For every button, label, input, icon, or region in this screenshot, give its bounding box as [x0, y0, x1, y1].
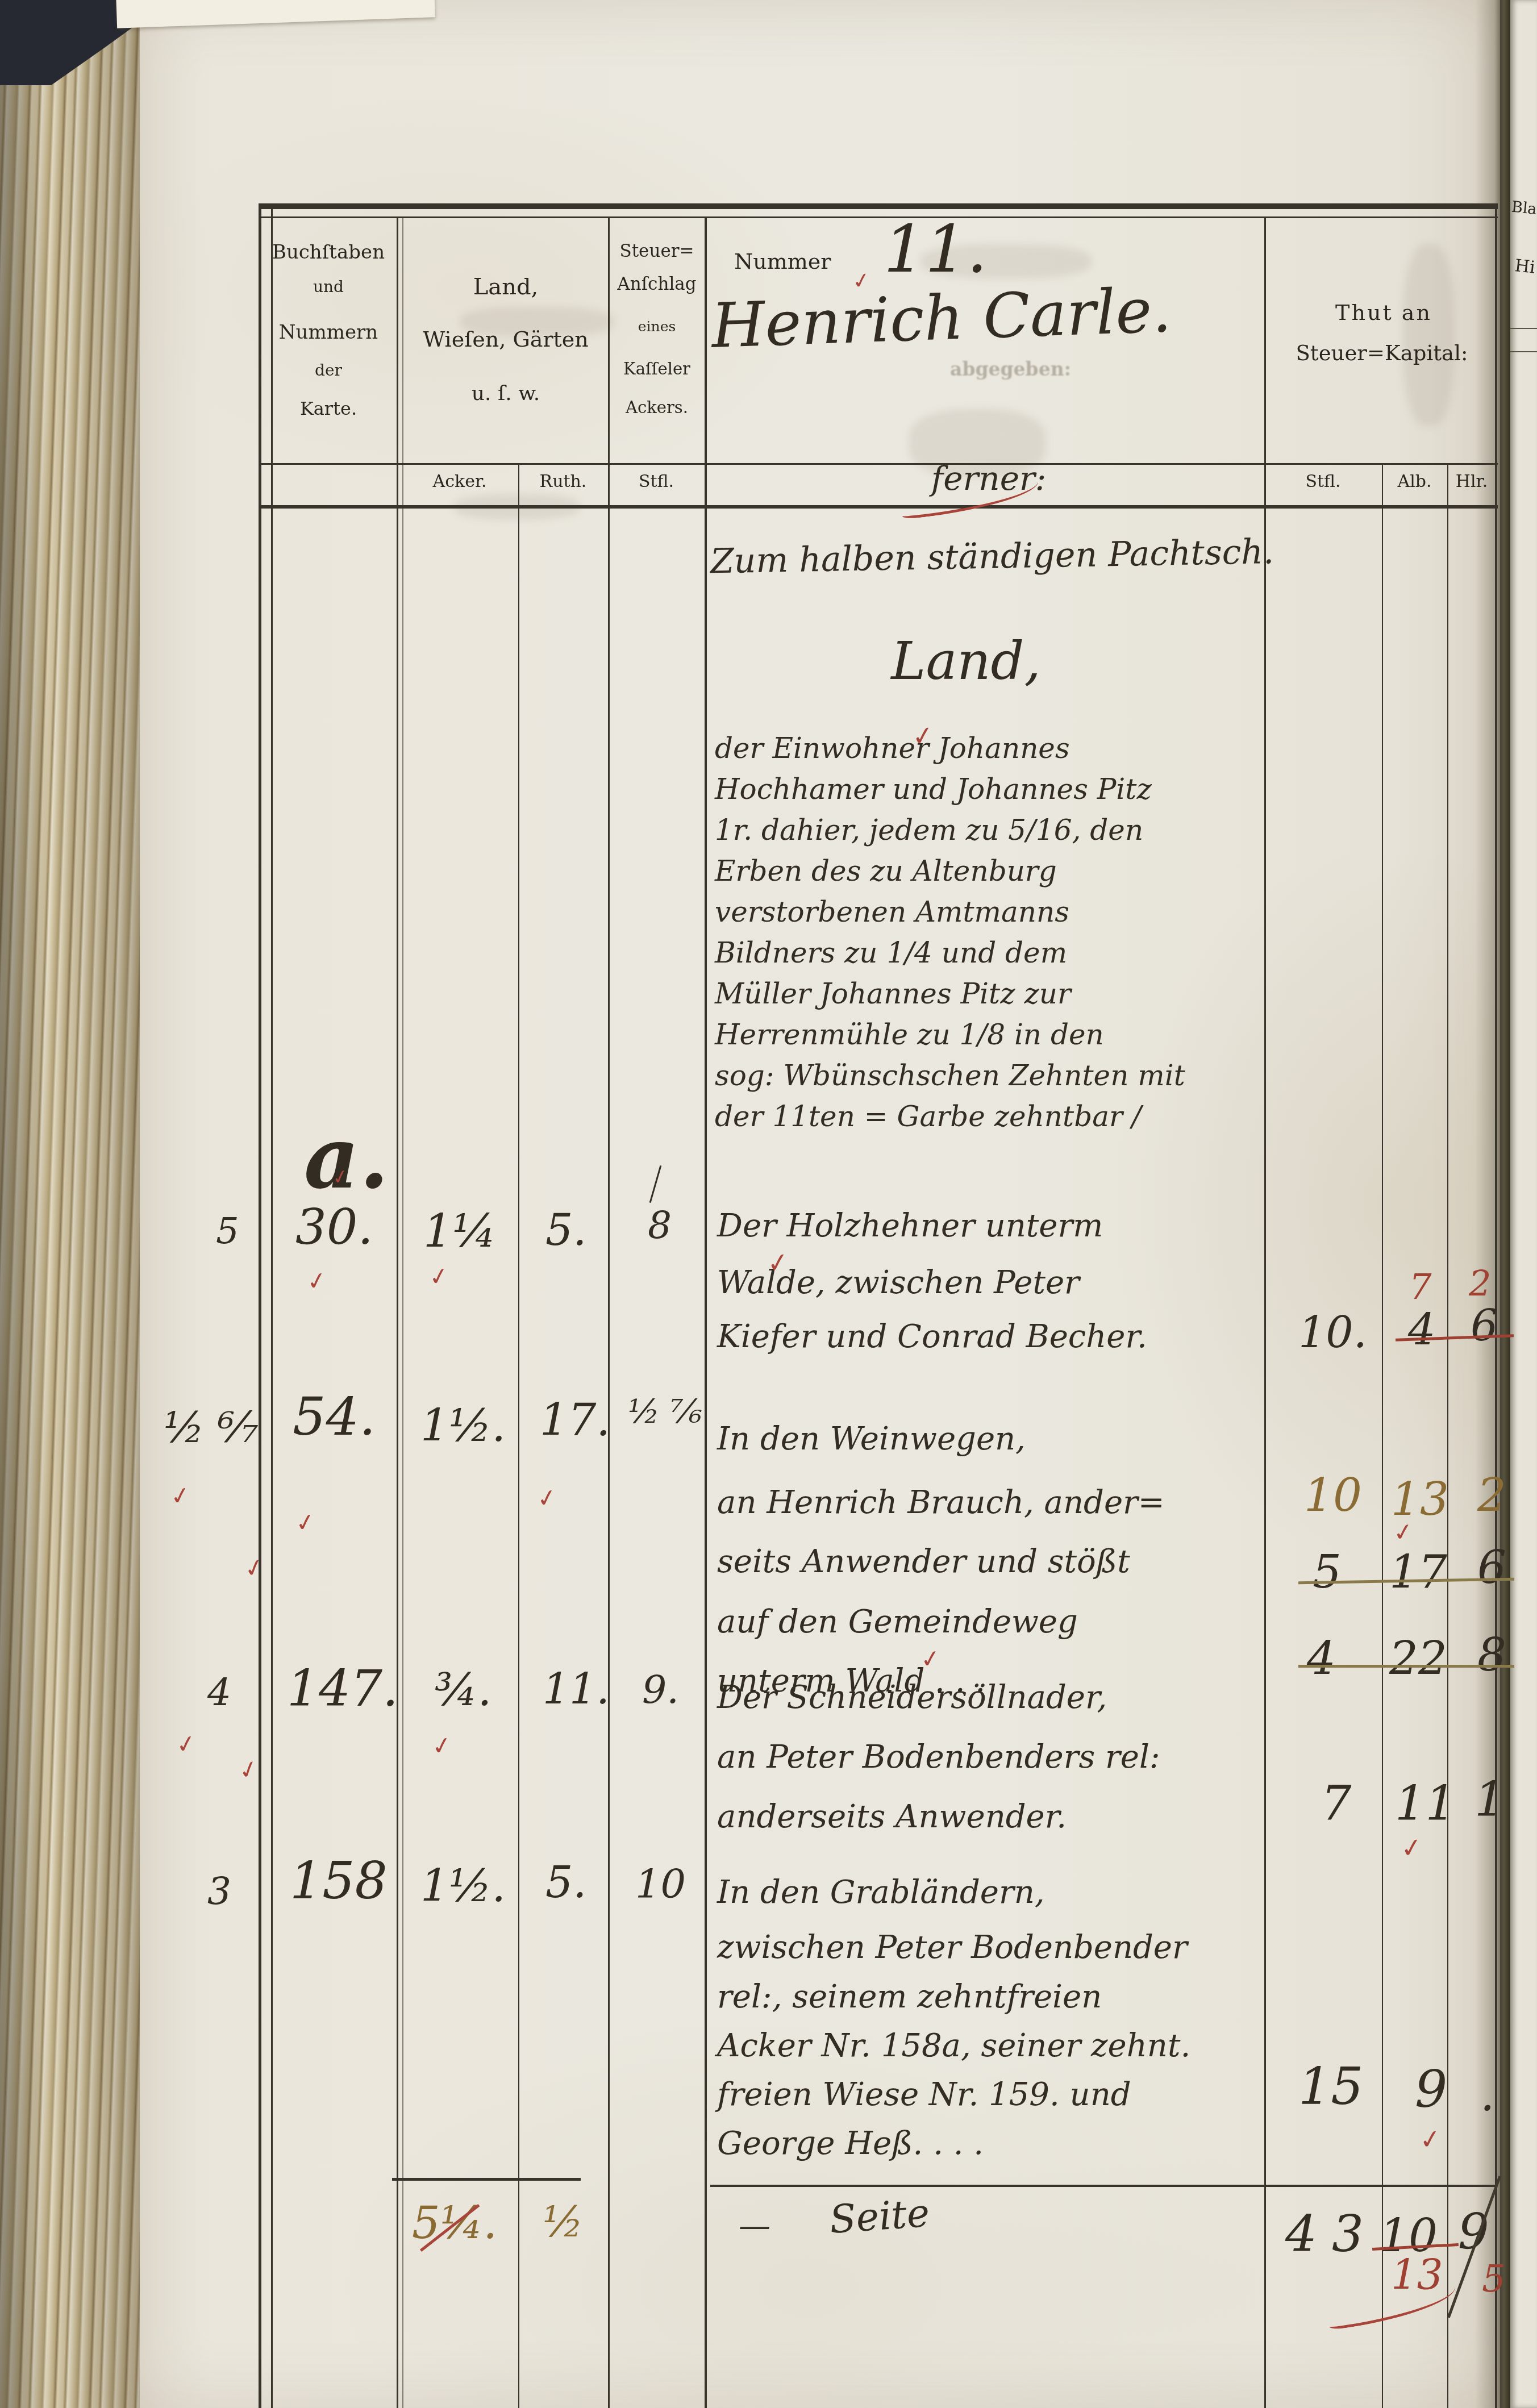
- intro-paragraph-line: Hochhamer und Johannes Pitz: [715, 773, 1152, 806]
- row-description-line: an Peter Bodenbenders rel:: [717, 1739, 1160, 1776]
- subheader-ruth: Ruth.: [518, 472, 608, 491]
- totals-label: Seite: [828, 2191, 931, 2243]
- red-check-icon: ✓: [1392, 1517, 1415, 1547]
- entry-number: 11.: [884, 211, 988, 288]
- row-ruth-value: 5.: [545, 1857, 587, 1907]
- row-hlr-value: 6: [1471, 1300, 1498, 1351]
- row-acker-value: 1½.: [420, 1861, 506, 1912]
- row-description-line: Kiefer und Conrad Becher.: [717, 1318, 1147, 1355]
- red-check-icon: ✓: [910, 719, 936, 753]
- subheader-bottom-rule: [259, 505, 1498, 509]
- row-description-line: anderseits Anwender.: [717, 1798, 1067, 1835]
- row-hlr-value: 1: [1474, 1772, 1505, 1827]
- row-ruth-value: 17.: [540, 1395, 610, 1446]
- row-description-line: Acker Nr. 158a, seiner zehnt.: [717, 2027, 1190, 2064]
- row-ruth-value: 5.: [545, 1205, 587, 1255]
- red-check-icon: ✓: [765, 1246, 791, 1280]
- intro-paragraph-line: Bildners zu 1/4 und dem: [715, 936, 1067, 969]
- row-ruth-value: 11.: [543, 1665, 610, 1714]
- table-left-border-outer: [259, 203, 261, 2408]
- row-description-line: In den Grabländern,: [717, 1874, 1045, 1911]
- sum-stfl-struck: 4: [1307, 1632, 1336, 1685]
- row-description-line: George Heß. . . .: [717, 2125, 984, 2162]
- row-alb-value: 9: [1415, 2060, 1447, 2119]
- subheader-acker: Acker.: [401, 472, 518, 491]
- row-description-line: Der Schneidersöllnader,: [717, 1679, 1107, 1716]
- intro-paragraph-line: der Einwohner Johannes: [715, 732, 1070, 765]
- total-ruth: ½: [543, 2198, 584, 2247]
- header-anschlag-line4: Kaſſeler: [609, 359, 705, 378]
- header-land-line1: Land,: [403, 274, 608, 300]
- row-letter: a.: [304, 1108, 389, 1208]
- intro-paragraph-line: sog: Wbünschschen Zehnten mit: [715, 1059, 1185, 1092]
- row-alb-value: 4: [1408, 1304, 1435, 1355]
- header-steuer-kapital: Steuer=Kapital:: [1268, 341, 1496, 365]
- header-anschlag-line5: Ackers.: [609, 398, 705, 417]
- row-margin-number: 3: [207, 1869, 231, 1913]
- column-divider-acker-ruth: [518, 463, 519, 2408]
- total-hlr-new: 5: [1482, 2257, 1506, 2301]
- sum-stfl-struck: 5: [1313, 1545, 1342, 1598]
- header-anschlag-line1: Steuer=: [609, 241, 705, 261]
- table-top-border-thin: [259, 216, 1498, 218]
- row-alb-correction: 7: [1409, 1266, 1431, 1307]
- header-anschlag-line3: eines: [609, 318, 705, 335]
- row-hlr-value: .: [1480, 2068, 1494, 2121]
- row-anschlag-value: 8: [648, 1203, 672, 1247]
- header-karte-line3: Nummern: [260, 321, 397, 344]
- header-land-line3: u. ſ. w.: [403, 382, 608, 405]
- subheader-stfl-left: Stfl.: [608, 472, 705, 491]
- row-anschlag-value: 10: [635, 1861, 686, 1907]
- row-karte-number: 54.: [293, 1386, 376, 1447]
- table-left-border-inner: [271, 203, 273, 2408]
- red-check-icon: ✓: [1398, 1831, 1424, 1865]
- header-karte-line4: der: [260, 361, 397, 380]
- row-description-line: an Henrich Brauch, ander=: [717, 1484, 1165, 1521]
- header-anschlag-line2: Anſchlag: [609, 274, 705, 294]
- sum-alb-struck: 22: [1389, 1632, 1447, 1685]
- sum-hlr-struck: 8: [1477, 1628, 1506, 1681]
- row-stfl-value: 7: [1321, 1776, 1351, 1831]
- row-margin-number: ½ ⁶⁄₇: [164, 1403, 259, 1452]
- stack-shadow: [0, 0, 140, 2408]
- table-top-border-thick: [259, 203, 1498, 209]
- red-check-icon: ✓: [919, 1644, 943, 1674]
- totals-dash: —: [739, 2207, 770, 2244]
- sum-alb: 13: [1391, 1473, 1449, 1526]
- header-nummer-label: Nummer: [734, 249, 831, 274]
- subheader-top-rule: [259, 463, 1498, 465]
- column-divider-stfl-desc: [705, 216, 707, 2408]
- sum-hlr-struck: 6: [1477, 1541, 1506, 1594]
- next-page-rule: [1510, 328, 1537, 329]
- column-divider-ruth-stfl: [608, 216, 610, 2408]
- header-land-line2: Wieſen, Gärten: [398, 327, 614, 352]
- intro-paragraph-line: Herrenmühle zu 1/8 in den: [715, 1018, 1104, 1051]
- row-karte-number: 30.: [295, 1199, 373, 1256]
- row-acker-value: 1½.: [420, 1401, 506, 1452]
- row-description-line: In den Weinwegen,: [717, 1420, 1026, 1457]
- sum-strike: [1298, 1665, 1514, 1668]
- row-stfl-value: 10.: [1298, 1307, 1367, 1357]
- row-description-line: seits Anwender und stößt: [717, 1543, 1130, 1580]
- row-stfl-value: 15: [1298, 2057, 1364, 2117]
- row-margin-number: 4: [207, 1670, 231, 1714]
- subheader-alb: Alb.: [1382, 472, 1447, 491]
- subheader-stfl-right: Stfl.: [1264, 472, 1382, 491]
- intro-paragraph-line: Müller Johannes Pitz zur: [715, 977, 1071, 1010]
- row-description-line: freien Wiese Nr. 159. und: [717, 2076, 1131, 2113]
- totals-rule-right: [710, 2185, 1496, 2187]
- bleedthrough-blob: [1403, 244, 1455, 426]
- row-description-line: auf den Gemeindeweg: [717, 1603, 1078, 1640]
- row-hlr-correction: 2: [1469, 1263, 1491, 1304]
- next-page-sliver: [1510, 0, 1537, 2408]
- totals-rule-left: [392, 2178, 581, 2181]
- header-karte-line2: und: [260, 277, 397, 296]
- sum-alb-struck: 17: [1389, 1545, 1447, 1598]
- row-margin-number: 5: [216, 1210, 239, 1252]
- row-description-line: zwischen Peter Bodenbender: [717, 1929, 1188, 1966]
- next-page-rule: [1510, 351, 1537, 352]
- row-karte-number: 158: [290, 1851, 388, 1911]
- next-page-fragment: Hi: [1514, 256, 1536, 278]
- intro-paragraph-line: 1r. dahier, jedem zu 5/16, den: [715, 814, 1143, 847]
- column-divider-karte-double: [402, 216, 403, 2408]
- row-description-line: rel:, seinem zehntfreien: [717, 1978, 1102, 2015]
- subheader-hlr: Hlr.: [1447, 472, 1496, 491]
- header-karte-line5: Karte.: [260, 398, 397, 419]
- intro-paragraph-line: der 11ten = Garbe zehntbar /: [715, 1100, 1142, 1133]
- row-description-line: Der Holzhehner unterm: [717, 1207, 1103, 1244]
- intro-paragraph-line: Erben des zu Altenburg: [715, 855, 1057, 888]
- column-divider-karte: [397, 216, 398, 2408]
- bleedthrough-text: abgegeben:: [950, 358, 1071, 380]
- row-acker-value: ¾.: [435, 1665, 491, 1716]
- red-check-icon: ✓: [1417, 2123, 1443, 2156]
- header-karte-line1: Buchſtaben: [260, 241, 397, 264]
- row-anschlag-value: 9.: [642, 1668, 679, 1713]
- column-divider-alb-hlr: [1447, 463, 1448, 2408]
- total-stfl: 43: [1285, 2205, 1378, 2263]
- header-thut-an: Thut an: [1273, 300, 1494, 325]
- column-divider-stfl-alb: [1382, 463, 1383, 2408]
- intro-land-heading: Land,: [710, 631, 1222, 691]
- intro-paragraph-line: verstorbenen Amtmanns: [715, 895, 1069, 928]
- row-alb-value: 11: [1395, 1776, 1456, 1831]
- sum-stfl: 10: [1304, 1469, 1362, 1522]
- row-acker-value: 1¼: [423, 1205, 496, 1257]
- row-anschlag-value: ½ ⁷⁄₆: [628, 1392, 702, 1431]
- row-karte-number: 147.: [287, 1659, 398, 1718]
- sum-hlr: 2: [1477, 1469, 1506, 1522]
- scanned-ledger-photo: { "header": { "karte": ["Buchſtaben", "u…: [0, 0, 1537, 2408]
